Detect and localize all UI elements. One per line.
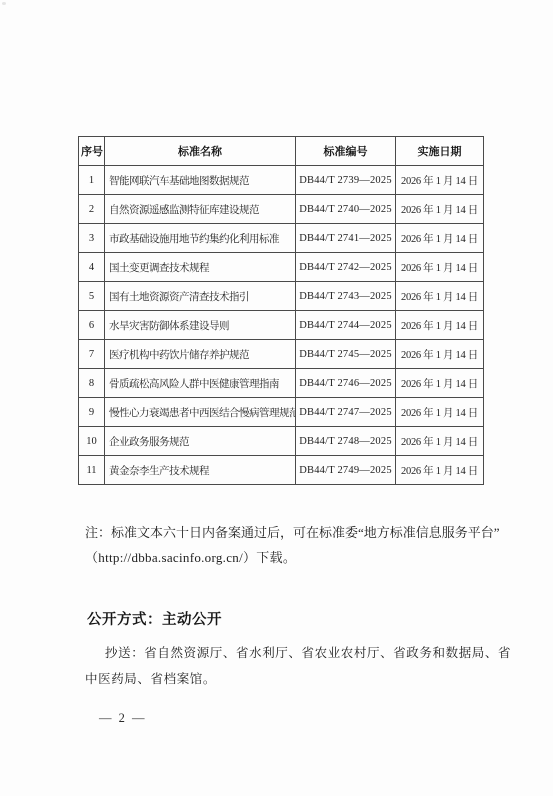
row-index: 10 <box>79 427 105 456</box>
standard-code: DB44/T 2748—2025 <box>296 427 396 456</box>
implementation-date: 2026 年 1 月 14 日 <box>396 369 484 398</box>
row-index: 5 <box>79 282 105 311</box>
standard-name: 国有土地资源资产清查技术指引 <box>105 282 296 311</box>
col-header-standard-code: 标准编号 <box>296 137 396 166</box>
standard-code: DB44/T 2742—2025 <box>296 253 396 282</box>
table-row: 8骨质疏松高风险人群中医健康管理指南DB44/T 2746—20252026 年… <box>79 369 484 398</box>
table-row: 1智能网联汽车基础地图数据规范DB44/T 2739—20252026 年 1 … <box>79 166 484 195</box>
table-row: 11黄金奈李生产技术规程DB44/T 2749—20252026 年 1 月 1… <box>79 456 484 485</box>
table-row: 9慢性心力衰竭患者中西医结合慢病管理规范DB44/T 2747—20252026… <box>79 398 484 427</box>
row-index: 4 <box>79 253 105 282</box>
standard-name: 水旱灾害防御体系建设导则 <box>105 311 296 340</box>
implementation-date: 2026 年 1 月 14 日 <box>396 311 484 340</box>
row-index: 2 <box>79 195 105 224</box>
row-index: 11 <box>79 456 105 485</box>
standard-code: DB44/T 2745—2025 <box>296 340 396 369</box>
col-header-implementation-date: 实施日期 <box>396 137 484 166</box>
row-index: 7 <box>79 340 105 369</box>
implementation-date: 2026 年 1 月 14 日 <box>396 456 484 485</box>
document-page: 序号 标准名称 标准编号 实施日期 1智能网联汽车基础地图数据规范DB44/T … <box>0 0 553 796</box>
implementation-date: 2026 年 1 月 14 日 <box>396 253 484 282</box>
table-row: 3市政基础设施用地节约集约化利用标准DB44/T 2741—20252026 年… <box>79 224 484 253</box>
implementation-date: 2026 年 1 月 14 日 <box>396 195 484 224</box>
row-index: 1 <box>79 166 105 195</box>
implementation-date: 2026 年 1 月 14 日 <box>396 224 484 253</box>
row-index: 6 <box>79 311 105 340</box>
note-line-2: （http://dbba.sacinfo.org.cn/）下载。 <box>85 545 495 570</box>
implementation-date: 2026 年 1 月 14 日 <box>396 282 484 311</box>
standard-name: 国土变更调查技术规程 <box>105 253 296 282</box>
standard-code: DB44/T 2747—2025 <box>296 398 396 427</box>
row-index: 8 <box>79 369 105 398</box>
row-index: 3 <box>79 224 105 253</box>
note-paragraph: 注：标准文本六十日内备案通过后，可在标准委“地方标准信息服务平台” （http:… <box>85 520 495 570</box>
standards-table: 序号 标准名称 标准编号 实施日期 1智能网联汽车基础地图数据规范DB44/T … <box>78 136 484 485</box>
col-header-standard-name: 标准名称 <box>105 137 296 166</box>
table-row: 2自然资源遥感监测特征库建设规范DB44/T 2740—20252026 年 1… <box>79 195 484 224</box>
scan-artifact <box>2 2 6 5</box>
standard-name: 慢性心力衰竭患者中西医结合慢病管理规范 <box>105 398 296 427</box>
table-row: 5国有土地资源资产清查技术指引DB44/T 2743—20252026 年 1 … <box>79 282 484 311</box>
col-header-index: 序号 <box>79 137 105 166</box>
standards-table-body: 1智能网联汽车基础地图数据规范DB44/T 2739—20252026 年 1 … <box>79 166 484 485</box>
implementation-date: 2026 年 1 月 14 日 <box>396 340 484 369</box>
row-index: 9 <box>79 398 105 427</box>
table-row: 10企业政务服务规范DB44/T 2748—20252026 年 1 月 14 … <box>79 427 484 456</box>
note-line-1: 注：标准文本六十日内备案通过后，可在标准委“地方标准信息服务平台” <box>85 520 495 545</box>
standard-code: DB44/T 2746—2025 <box>296 369 396 398</box>
table-row: 6水旱灾害防御体系建设导则DB44/T 2744—20252026 年 1 月 … <box>79 311 484 340</box>
page-number: — 2 — <box>99 711 147 726</box>
standard-code: DB44/T 2739—2025 <box>296 166 396 195</box>
standard-name: 黄金奈李生产技术规程 <box>105 456 296 485</box>
standard-name: 企业政务服务规范 <box>105 427 296 456</box>
standard-name: 市政基础设施用地节约集约化利用标准 <box>105 224 296 253</box>
standard-name: 医疗机构中药饮片储存养护规范 <box>105 340 296 369</box>
cc-paragraph: 抄送：省自然资源厅、省水利厅、省农业农村厅、省政务和数据局、省 中医药局、省档案… <box>85 640 495 692</box>
standard-code: DB44/T 2749—2025 <box>296 456 396 485</box>
cc-line-2: 中医药局、省档案馆。 <box>85 666 495 692</box>
standard-name: 骨质疏松高风险人群中医健康管理指南 <box>105 369 296 398</box>
cc-line-1: 抄送：省自然资源厅、省水利厅、省农业农村厅、省政务和数据局、省 <box>85 640 495 666</box>
implementation-date: 2026 年 1 月 14 日 <box>396 398 484 427</box>
table-row: 7医疗机构中药饮片储存养护规范DB44/T 2745—20252026 年 1 … <box>79 340 484 369</box>
standard-name: 智能网联汽车基础地图数据规范 <box>105 166 296 195</box>
implementation-date: 2026 年 1 月 14 日 <box>396 427 484 456</box>
table-row: 4国土变更调查技术规程DB44/T 2742—20252026 年 1 月 14… <box>79 253 484 282</box>
disclosure-method: 公开方式：主动公开 <box>87 608 222 629</box>
standard-name: 自然资源遥感监测特征库建设规范 <box>105 195 296 224</box>
standard-code: DB44/T 2740—2025 <box>296 195 396 224</box>
standard-code: DB44/T 2741—2025 <box>296 224 396 253</box>
implementation-date: 2026 年 1 月 14 日 <box>396 166 484 195</box>
standard-code: DB44/T 2743—2025 <box>296 282 396 311</box>
table-header-row: 序号 标准名称 标准编号 实施日期 <box>79 137 484 166</box>
standard-code: DB44/T 2744—2025 <box>296 311 396 340</box>
